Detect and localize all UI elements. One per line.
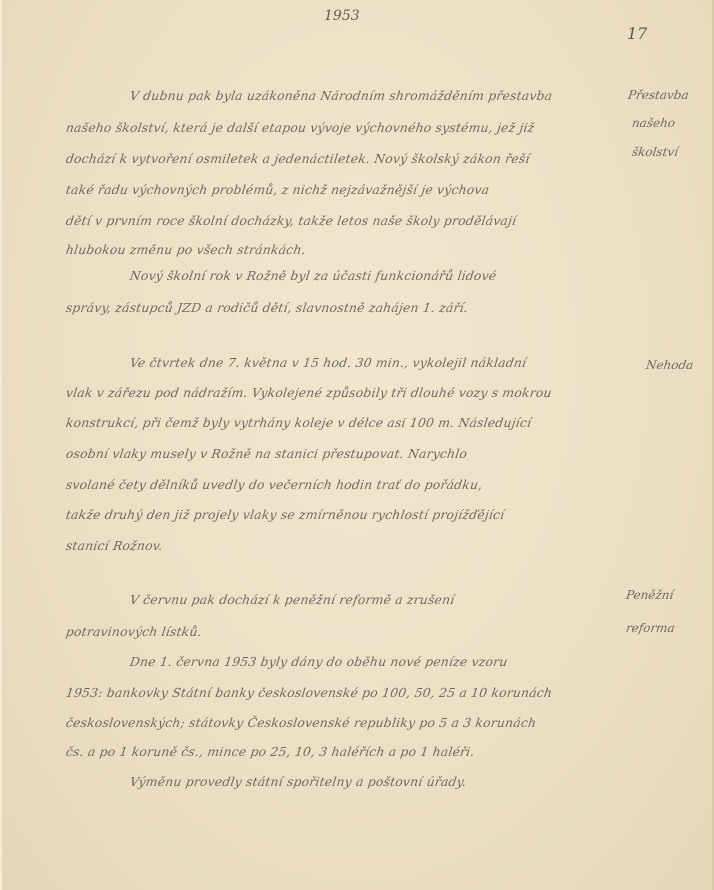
chronicle-page: 1953 17 V dubnu pak byla uzákoněna Národ… [0, 0, 714, 890]
text-line: Ve čtvrtek dne 7. května v 15 hod. 30 mi… [129, 355, 691, 370]
text-line: Výměnu provedly státní spořitelny a pošt… [129, 774, 691, 789]
text-line: potravinových lístků. [65, 624, 627, 639]
text-line: dětí v prvním roce školní docházky, takž… [65, 213, 627, 228]
text-line: našeho školství, která je další etapou v… [65, 120, 627, 135]
text-line: československých; státovky Československ… [65, 715, 627, 730]
margin-note: Přestavba [627, 88, 690, 102]
page-number: 17 [627, 24, 647, 43]
text-line: 1953: bankovky Státní banky českoslovens… [65, 685, 627, 700]
text-line: Dne 1. června 1953 byly dány do oběhu no… [129, 654, 691, 669]
margin-note: Peněžní [625, 588, 674, 602]
text-line: také řadu výchovných problémů, z nichž n… [65, 182, 627, 197]
text-line: správy, zástupců JZD a rodičů dětí, slav… [65, 300, 627, 315]
text-line: V červnu pak dochází k peněžní reformě a… [129, 592, 691, 607]
margin-note: reforma [625, 621, 676, 635]
text-line: čs. a po 1 koruně čs., mince po 25, 10, … [65, 744, 627, 759]
text-line: Nový školní rok v Rožně byl za účasti fu… [129, 268, 691, 283]
margin-note: Nehoda [645, 358, 694, 372]
text-line: osobní vlaky musely v Rožně na stanici p… [65, 446, 627, 461]
text-line: hlubokou změnu po všech stránkách. [65, 242, 627, 257]
text-line: svolané čety dělníků uvedly do večerních… [65, 477, 627, 492]
margin-note: školství [631, 145, 679, 159]
text-line: stanicí Rožnov. [65, 538, 627, 553]
margin-note: našeho [631, 116, 676, 130]
text-line: vlak v zářezu pod nádražím. Vykolejené z… [65, 385, 627, 400]
text-line: konstrukcí, při čemž byly vytrhány kolej… [65, 415, 627, 430]
page-year: 1953 [324, 8, 360, 24]
text-line: takže druhý den již projely vlaky se zmí… [65, 507, 627, 522]
text-line: dochází k vytvoření osmiletek a jedenáct… [65, 151, 627, 166]
text-line: V dubnu pak byla uzákoněna Národním shro… [129, 88, 691, 103]
